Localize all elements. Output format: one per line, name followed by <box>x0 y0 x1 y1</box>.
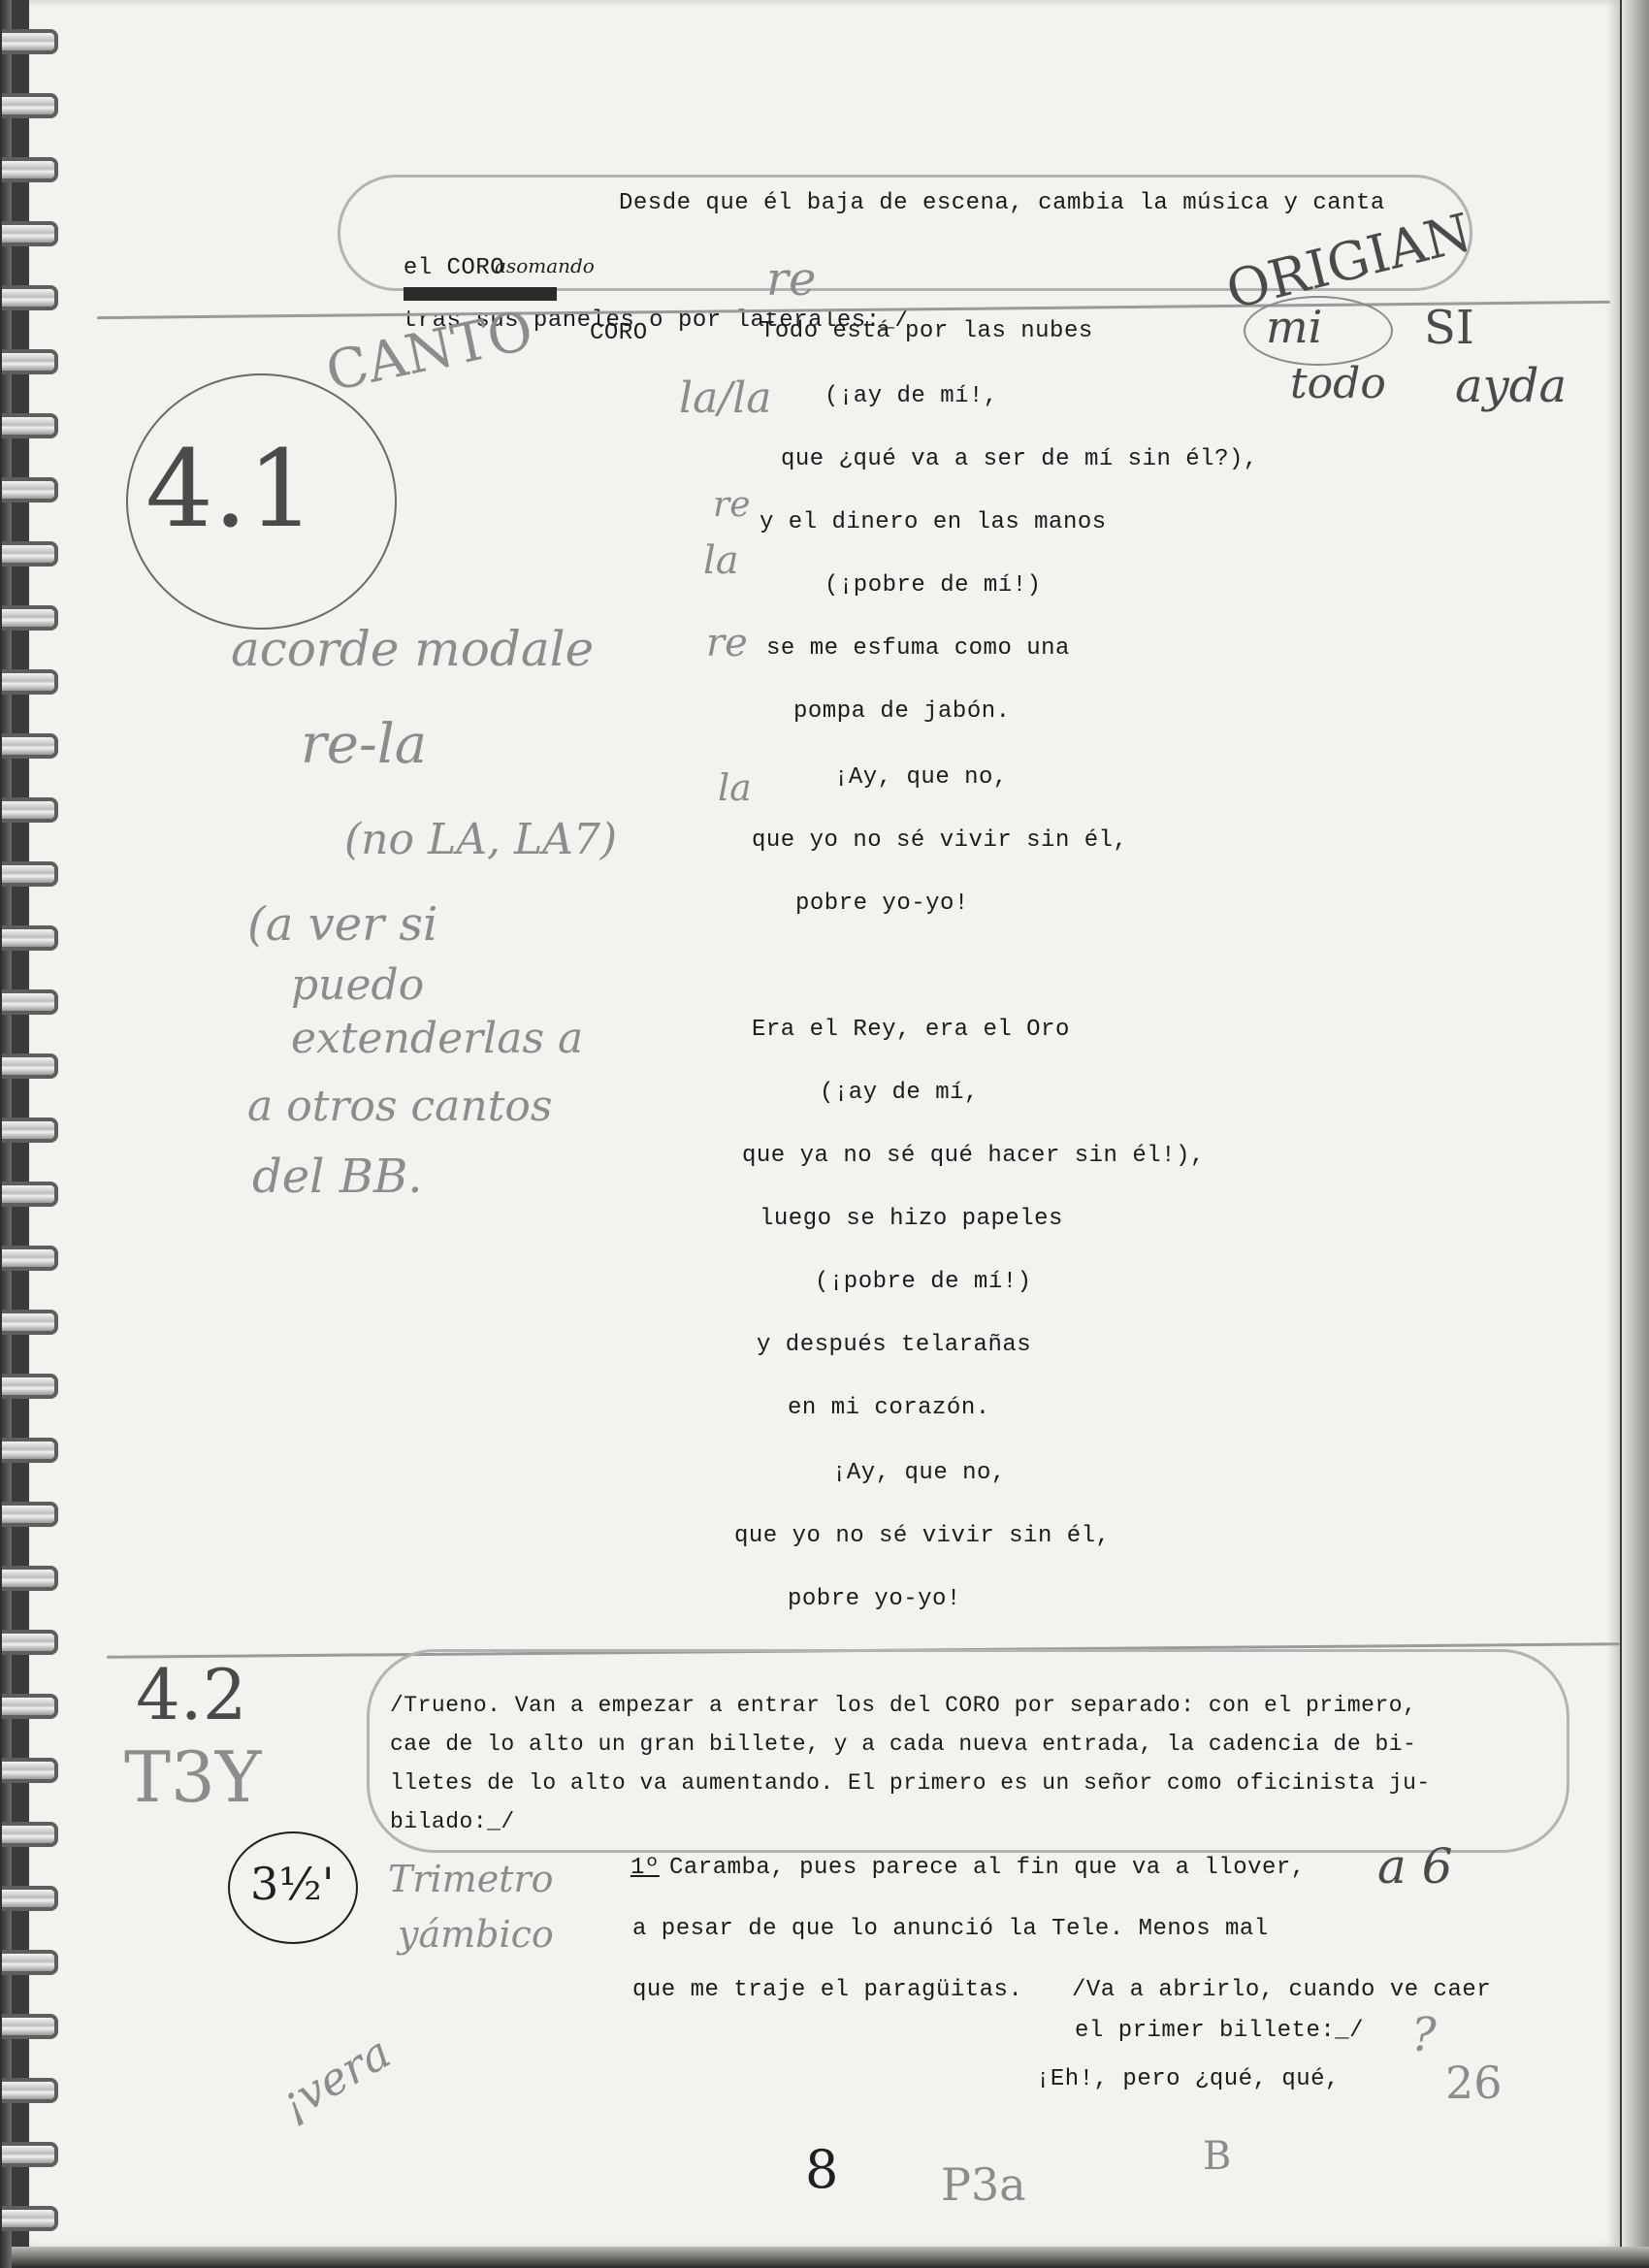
inline-direction-2: el primer billete:_/ <box>1075 2018 1364 2044</box>
verse-line: (¡pobre de mí!) <box>815 1269 1032 1295</box>
binding-ring <box>2 1182 58 1207</box>
binding-ring <box>2 1502 58 1527</box>
annotation-t3y: T3Y <box>124 1736 261 1818</box>
duration-label: 3½' <box>250 1858 335 1910</box>
binding-ring <box>2 2142 58 2167</box>
meter-note-2: yámbico <box>398 1913 554 1956</box>
binding-ring <box>2 797 58 823</box>
binding-ring <box>2 1438 58 1463</box>
annotation-b: B <box>1203 2134 1231 2179</box>
binding-ring <box>2 1246 58 1271</box>
binding-ring <box>2 221 58 246</box>
verse-line: ¡Ay, que no, <box>834 764 1008 791</box>
section-41-marker: 4.1 <box>145 427 315 551</box>
annotation-si: SI <box>1424 301 1474 355</box>
binding-ring <box>2 1822 58 1847</box>
binding-ring <box>2 2078 58 2103</box>
inline-direction-1: /Va a abrirlo, cuando ve caer <box>1072 1977 1491 2003</box>
binding-ring <box>2 1694 58 1719</box>
verse-line: que yo no sé vivir sin él, <box>752 827 1127 854</box>
binding-ring <box>2 285 58 310</box>
verse-line: Era el Rey, era el Oro <box>752 1017 1070 1043</box>
verse-line: que ya no sé qué hacer sin él!), <box>742 1143 1205 1169</box>
stage-direction-2-line: cae de lo alto un gran billete, y a cada… <box>390 1732 1416 1757</box>
binding-ring <box>2 861 58 887</box>
binding-ring <box>2 1053 58 1079</box>
annotation-p3a: P3a <box>941 2158 1026 2211</box>
annotation-la-la: la/la <box>679 373 771 423</box>
binding-ring <box>2 157 58 182</box>
annotation-note-line: (a ver si <box>247 897 437 952</box>
annotation-todo: todo <box>1290 359 1386 408</box>
annotation-acorde: acorde modale <box>231 621 594 677</box>
dialogue-line-3: que me traje el paragüitas. <box>632 1977 1022 2003</box>
binding-ring <box>2 733 58 759</box>
annotation-la-2: la <box>703 538 739 583</box>
annotation-note-line: puedo <box>291 960 424 1010</box>
binding-ring <box>2 2206 58 2231</box>
verse-line: Todo está por las nubes <box>760 318 1093 344</box>
annotation-re-2: re <box>713 485 751 525</box>
annotation-no-la: (no LA, LA7) <box>344 815 617 864</box>
dialogue-line-4: ¡Eh!, pero ¿qué, qué, <box>1036 2066 1340 2092</box>
binding-ring <box>2 349 58 374</box>
binding-ring <box>2 1886 58 1911</box>
binding-ring <box>2 2014 58 2039</box>
binding-ring <box>2 669 58 695</box>
coro-label: el CORO <box>404 255 504 281</box>
verse-line: pobre yo-yo! <box>788 1586 961 1612</box>
binding-ring <box>2 1950 58 1975</box>
binding-ring <box>2 989 58 1015</box>
speaker-coro: CORO <box>590 320 648 346</box>
annotation-re-3: re <box>706 621 748 665</box>
binding-ring <box>2 541 58 567</box>
page-edge <box>1622 0 1649 2268</box>
crossed-out-word <box>404 287 557 301</box>
annotation-la-3: la <box>718 766 752 809</box>
verse-line: y después telarañas <box>757 1332 1031 1358</box>
annotation-26: 26 <box>1445 2057 1503 2109</box>
page-number: 8 <box>805 2139 838 2200</box>
binding-ring <box>2 1758 58 1783</box>
binding-ring <box>2 605 58 631</box>
binding-ring <box>2 1118 58 1143</box>
dialogue-line-2: a pesar de que lo anunció la Tele. Menos… <box>632 1916 1269 1942</box>
binding-ring <box>2 1630 58 1655</box>
binding-ring <box>2 413 58 438</box>
annotation-a6: a 6 <box>1377 1838 1453 1895</box>
annotation-re-la: re-la <box>301 713 427 776</box>
verse-line: se me esfuma como una <box>766 635 1070 662</box>
binding-ring <box>2 29 58 54</box>
annotation-mi: mi <box>1266 301 1322 353</box>
insert-asomando: asomando <box>495 254 595 277</box>
verse-line: (¡ay de mí!, <box>824 383 998 409</box>
annotation-note-line: extenderlas a <box>291 1014 583 1063</box>
meter-note-1: Trimetro <box>388 1858 554 1900</box>
binding-ring <box>2 1374 58 1399</box>
binding-ring <box>2 93 58 118</box>
verse-line: ¡Ay, que no, <box>832 1460 1006 1486</box>
binding-ring <box>2 1310 58 1335</box>
annotation-re-top: re <box>766 252 816 307</box>
verse-line: pobre yo-yo! <box>795 891 969 917</box>
speaker-1: 1º <box>630 1855 660 1881</box>
annotation-question: ? <box>1411 2008 1437 2062</box>
verse-line: pompa de jabón. <box>793 698 1011 725</box>
binding-ring <box>2 477 58 502</box>
verse-line: en mi corazón. <box>788 1395 990 1421</box>
annotation-ayuda: ayda <box>1455 359 1567 413</box>
section-42-marker: 4.2 <box>136 1654 247 1735</box>
binding-ring <box>2 1566 58 1591</box>
spiral-binding <box>0 0 64 2268</box>
binding-ring <box>2 925 58 951</box>
notebook-bottom-edge <box>0 2247 1649 2268</box>
annotation-note-line: a otros cantos <box>247 1082 552 1131</box>
verse-line: que ¿qué va a ser de mí sin él?), <box>781 446 1258 472</box>
verse-line: y el dinero en las manos <box>760 509 1107 535</box>
stage-direction-2-line: /Trueno. Van a empezar a entrar los del … <box>390 1693 1416 1718</box>
annotation-note-line: del BB. <box>252 1150 423 1204</box>
verse-line: (¡pobre de mí!) <box>824 572 1042 599</box>
verse-line: (¡ay de mí, <box>820 1080 979 1106</box>
stage-direction-1-line1: Desde que él baja de escena, cambia la m… <box>619 190 1385 216</box>
verse-line: que yo no sé vivir sin él, <box>734 1523 1110 1549</box>
stage-direction-2-line: bilado:_/ <box>390 1809 515 1834</box>
dialogue-line-1: Caramba, pues parece al fin que va a llo… <box>669 1855 1306 1881</box>
verse-line: luego se hizo papeles <box>760 1206 1063 1232</box>
stage-direction-2-line: lletes de lo alto va aumentando. El prim… <box>390 1770 1431 1796</box>
